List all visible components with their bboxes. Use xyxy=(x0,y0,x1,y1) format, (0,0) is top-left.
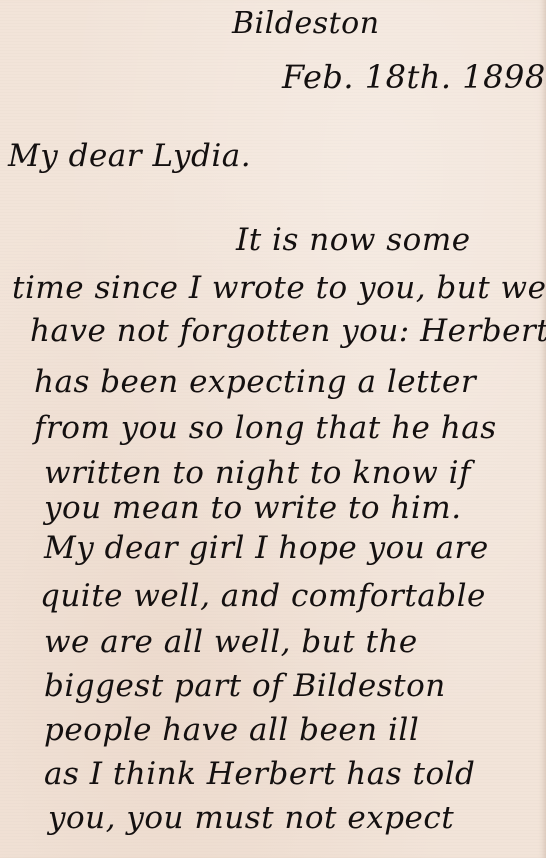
letter-date: Feb. 18th. 1898. xyxy=(282,58,546,96)
letter-place: Bildeston xyxy=(232,6,380,41)
letter-line: people have all been ill xyxy=(44,712,419,748)
letter-line: It is now some xyxy=(236,222,471,258)
letter-line: from you so long that he has xyxy=(34,410,497,446)
letter-line: My dear girl I hope you are xyxy=(44,530,489,566)
letter-line: time since I wrote to you, but we xyxy=(12,270,546,306)
letter-line: you, you must not expect xyxy=(48,800,454,836)
letter-line: written to night to know if xyxy=(44,455,471,491)
letter-line: we are all well, but the xyxy=(44,624,418,660)
letter-line: quite well, and comfortable xyxy=(40,578,486,614)
letter-line: biggest part of Bildeston xyxy=(44,668,446,704)
letter-salutation: My dear Lydia. xyxy=(8,138,251,174)
letter-line: as I think Herbert has told xyxy=(44,756,475,792)
letter-page: Bildeston Feb. 18th. 1898. My dear Lydia… xyxy=(0,0,546,858)
letter-line: have not forgotten you: Herbert xyxy=(30,313,546,349)
letter-line: you mean to write to him. xyxy=(44,490,462,526)
letter-line: has been expecting a letter xyxy=(34,364,476,400)
